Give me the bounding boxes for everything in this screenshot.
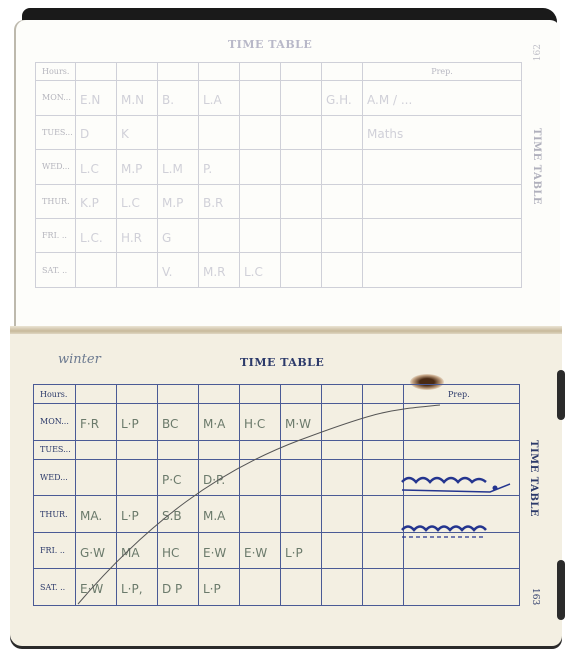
table-row-thur: THUR. MA. L·P S.B M.A — [34, 496, 520, 533]
bottom-side-title: TIME TABLE — [528, 440, 539, 517]
entry-cell: V. — [158, 253, 199, 288]
entry-cell: E·W — [76, 569, 117, 606]
prep-cell: A.M / ... — [363, 81, 522, 115]
table-row-tues: TUES... D K Maths — [36, 115, 522, 149]
entry-cell: L.C — [117, 184, 158, 218]
entry-cell: E·W — [240, 532, 281, 569]
entry-cell — [281, 81, 322, 115]
entry-cell: D P — [158, 569, 199, 606]
day-label: THUR. — [36, 184, 76, 218]
entry-cell: BC — [158, 404, 199, 441]
entry-cell: E.N — [76, 81, 117, 115]
day-label: THUR. — [34, 496, 76, 533]
entry-cell: F·R — [76, 404, 117, 441]
hours-header: Hours. — [34, 385, 76, 404]
entry-cell: L.A — [199, 81, 240, 115]
top-side-title: TIME TABLE — [531, 128, 542, 205]
prep-header: Prep. — [404, 385, 520, 404]
entry-cell: HC — [158, 532, 199, 569]
entry-cell: K — [117, 115, 158, 149]
day-label: MON... — [34, 404, 76, 441]
bottom-page-title: TIME TABLE — [240, 356, 324, 369]
top-timetable-grid: Hours. Prep. MON... E.N M.N B. L.A G.H. … — [35, 62, 522, 288]
entry-cell: M.N — [117, 81, 158, 115]
table-row-thur: THUR. K.P L.C M.P B.R — [36, 184, 522, 218]
entry-cell: D — [76, 115, 117, 149]
table-row-wed: WED... P·C D·P. — [34, 459, 520, 496]
day-label: WED... — [34, 459, 76, 496]
day-label: FRI. .. — [34, 532, 76, 569]
entry-cell: L.M — [158, 150, 199, 184]
hours-header: Hours. — [36, 63, 76, 81]
bottom-page-number: 163 — [530, 588, 540, 605]
entry-cell: L.C — [76, 150, 117, 184]
page-tab-edge — [557, 370, 565, 420]
entry-cell: M·A — [199, 404, 240, 441]
entry-cell: H.R — [117, 219, 158, 253]
day-label: FRI. .. — [36, 219, 76, 253]
entry-cell: M.R — [199, 253, 240, 288]
winter-annotation: winter — [58, 352, 101, 367]
entry-cell: M.A — [199, 496, 240, 533]
entry-cell: B.R — [199, 184, 240, 218]
day-label: SAT. .. — [34, 569, 76, 606]
prep-header: Prep. — [363, 63, 522, 81]
table-row-mon: MON... F·R L·P BC M·A H·C M·W — [34, 404, 520, 441]
entry-cell: G.H. — [322, 81, 363, 115]
entry-cell: G — [158, 219, 199, 253]
table-row-sat: SAT. .. E·W L·P, D P L·P — [34, 569, 520, 606]
entry-cell: S.B — [158, 496, 199, 533]
entry-cell: L·P — [117, 496, 158, 533]
day-label: MON... — [36, 81, 76, 115]
entry-cell: L·P — [117, 404, 158, 441]
entry-cell: G·W — [76, 532, 117, 569]
entry-cell: M.P — [158, 184, 199, 218]
table-row-tues: TUES... — [34, 440, 520, 459]
entry-cell: D·P. — [199, 459, 240, 496]
entry-cell: MA — [117, 532, 158, 569]
top-page-number: 162 — [533, 44, 543, 61]
table-row-fri: FRI. .. L.C. H.R G — [36, 219, 522, 253]
day-label: TUES... — [34, 440, 76, 459]
entry-cell: P. — [199, 150, 240, 184]
day-label: TUES... — [36, 115, 76, 149]
page-tab-edge — [557, 560, 565, 620]
day-label: WED... — [36, 150, 76, 184]
entry-cell: L.C. — [76, 219, 117, 253]
entry-cell — [240, 81, 281, 115]
entry-cell: M.P — [117, 150, 158, 184]
entry-cell: E·W — [199, 532, 240, 569]
entry-cell: MA. — [76, 496, 117, 533]
entry-cell: M·W — [281, 404, 322, 441]
table-row-fri: FRI. .. G·W MA HC E·W E·W L·P — [34, 532, 520, 569]
table-row-sat: SAT. .. V. M.R L.C — [36, 253, 522, 288]
day-label: SAT. .. — [36, 253, 76, 288]
prep-cell: Maths — [363, 115, 522, 149]
entry-cell: P·C — [158, 459, 199, 496]
entry-cell: L·P, — [117, 569, 158, 606]
entry-cell: B. — [158, 81, 199, 115]
bottom-timetable-grid: Hours. Prep. MON... F·R L·P BC M·A H·C M… — [33, 384, 520, 606]
top-page-title: TIME TABLE — [228, 38, 312, 51]
entry-cell: L·P — [281, 532, 322, 569]
entry-cell: H·C — [240, 404, 281, 441]
table-row-wed: WED... L.C M.P L.M P. — [36, 150, 522, 184]
entry-cell: K.P — [76, 184, 117, 218]
entry-cell: L.C — [240, 253, 281, 288]
table-row-mon: MON... E.N M.N B. L.A G.H. A.M / ... — [36, 81, 522, 115]
entry-cell: L·P — [199, 569, 240, 606]
